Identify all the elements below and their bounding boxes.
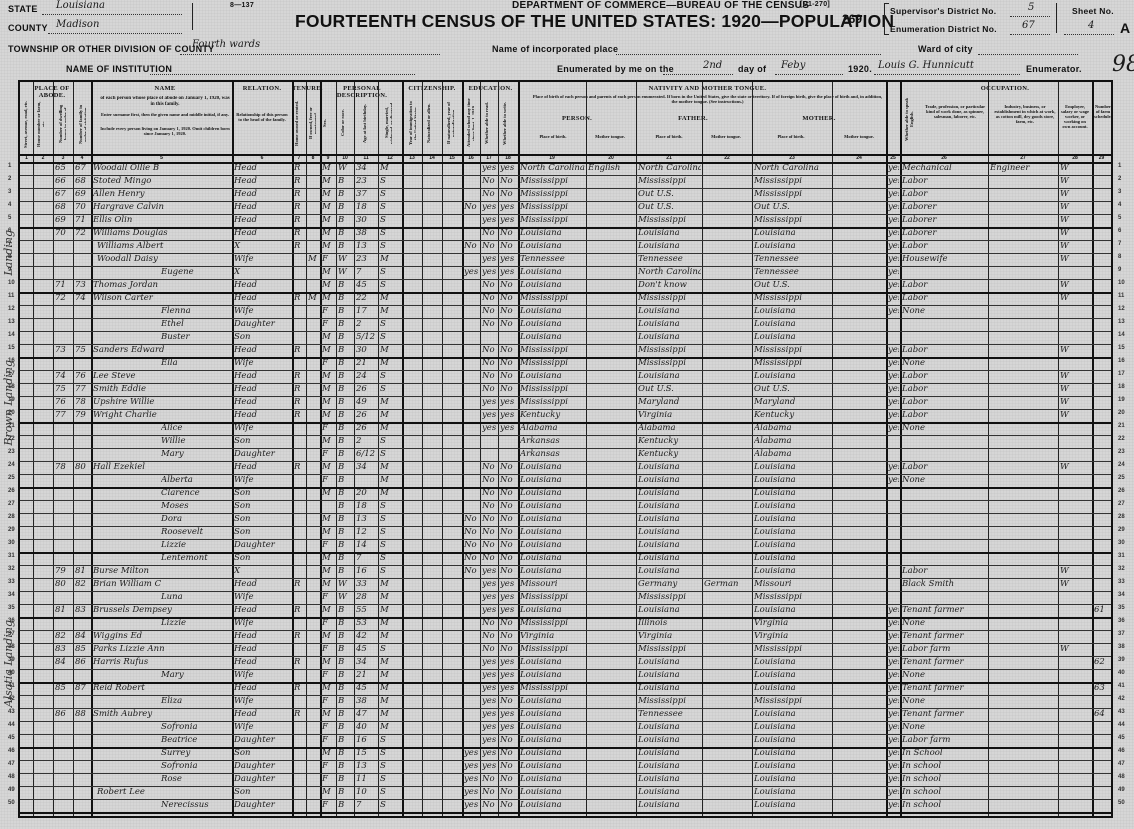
cell-birth: Louisiana	[520, 760, 585, 773]
cell-marital: S	[380, 370, 401, 383]
cell-color: B	[338, 370, 353, 383]
line-number: 32	[1118, 566, 1125, 572]
cell-employer: W	[1060, 214, 1091, 227]
cell-trade: Labor	[902, 279, 987, 292]
cell-age: 12	[356, 526, 377, 539]
sheet-value: 4	[1088, 20, 1094, 31]
cell-family: 83	[75, 604, 90, 617]
cell-employer: W	[1060, 253, 1091, 266]
cell-trade: Labor	[902, 344, 987, 357]
cell-marital: S	[380, 435, 401, 448]
father-mother-tongue-header: Mother tongue.	[702, 134, 750, 139]
cell-mother: Louisiana	[754, 370, 831, 383]
cell-dwelling: 84	[55, 656, 72, 669]
cell-relation: Wife	[234, 474, 291, 487]
cell-father: Kentucky	[638, 435, 701, 448]
cell-age: 16	[356, 734, 377, 747]
cell-father: Louisiana	[638, 461, 701, 474]
cell-name: Allen Henry	[93, 188, 231, 201]
cell-mother: Louisiana	[754, 747, 831, 760]
cell-trade: None	[902, 669, 987, 682]
cell-age: 5/12	[356, 331, 377, 344]
cell-age: 30	[356, 344, 377, 357]
line-number: 8	[1118, 254, 1121, 260]
cell-birth: Mississippi	[520, 175, 585, 188]
supervisor-value: 5	[1028, 2, 1034, 13]
cell-read: No	[482, 305, 497, 318]
cell-write: yes	[500, 721, 517, 734]
cell-birth: Missouri	[520, 578, 585, 591]
cell-sex: M	[322, 578, 335, 591]
cell-father: Louisiana	[638, 721, 701, 734]
cell-color: B	[338, 201, 353, 214]
line-number: 41	[8, 683, 15, 689]
cell-father: Louisiana	[638, 565, 701, 578]
cell-english: yes	[888, 214, 899, 227]
table-row: 7375Sanders EdwardHeadRMB30MNoNoMississi…	[20, 344, 1111, 357]
cell-trade: Housewife	[902, 253, 987, 266]
cell-mother: Mississippi	[754, 591, 831, 604]
cell-relation: Head	[234, 604, 291, 617]
table-row: Woodall DaisyWifeMFW23MyesyesTennesseeTe…	[20, 253, 1111, 266]
cell-relation: Wife	[234, 253, 291, 266]
cell-dwelling: 70	[55, 227, 72, 240]
person-mother-tongue-header: Mother tongue.	[586, 134, 634, 139]
cell-marital: M	[380, 578, 401, 591]
cell-employer: W	[1060, 162, 1091, 175]
line-number: 43	[8, 709, 15, 715]
line-number: 35	[8, 605, 15, 611]
cell-english: yes	[888, 201, 899, 214]
cell-farm: 61	[1094, 604, 1110, 617]
cell-trade: None	[902, 721, 987, 734]
cell-birth: Mississippi	[520, 396, 585, 409]
cell-birth: Louisiana	[520, 669, 585, 682]
cell-dwelling: 66	[55, 175, 72, 188]
line-number: 9	[1118, 267, 1121, 273]
enumerated-day: 2nd	[703, 60, 722, 71]
cell-read: No	[482, 175, 497, 188]
table-row: ElizaWifeFB38MyesNoLouisianaMississippiM…	[20, 695, 1111, 708]
line-number: 44	[1118, 722, 1125, 728]
cell-relation: Daughter	[234, 799, 291, 812]
cell-mother: Louisiana	[754, 669, 831, 682]
line-number: 21	[1118, 423, 1125, 429]
cell-sex: M	[322, 279, 335, 292]
cell-marital: S	[380, 240, 401, 253]
cell-birth: Louisiana	[520, 266, 585, 279]
cell-age: 15	[356, 747, 377, 760]
cell-marital: M	[380, 357, 401, 370]
table-row: BeatriceDaughterFB16SyesNoLouisianaLouis…	[20, 734, 1111, 747]
cell-name: Williams Albert	[97, 240, 235, 253]
cell-color: B	[338, 773, 353, 786]
cell-relation: Head	[234, 214, 291, 227]
cell-write: No	[500, 240, 517, 253]
line-number: 5	[1118, 215, 1121, 221]
line-number: 21	[8, 423, 15, 429]
cell-mother: Mississippi	[754, 292, 831, 305]
state-county-bracket	[188, 3, 193, 30]
enumerator-name: Louis G. Hunnicutt	[878, 60, 974, 71]
cell-write: yes	[500, 266, 517, 279]
enumerator-mark: 98	[1112, 52, 1134, 77]
group-name: NAME	[95, 85, 235, 92]
cell-birth: Louisiana	[520, 513, 585, 526]
line-number: 4	[8, 202, 11, 208]
cell-age: 18	[356, 201, 377, 214]
cell-write: No	[500, 526, 517, 539]
table-row: AliceWifeFB26MyesyesAlabamaAlabamaAlabam…	[20, 422, 1111, 435]
line-number: 34	[8, 592, 15, 598]
school-header: Attended school any time since Sept. 1, …	[466, 98, 474, 148]
cell-employer: W	[1060, 643, 1091, 656]
line-number: 20	[8, 410, 15, 416]
cell-read: yes	[482, 409, 497, 422]
cell-owned: R	[294, 227, 305, 240]
cell-relation: Head	[234, 227, 291, 240]
cell-father: Louisiana	[638, 734, 701, 747]
cell-age: 14	[356, 539, 377, 552]
cell-write: No	[500, 695, 517, 708]
cell-mother: Louisiana	[754, 500, 831, 513]
cell-sex: M	[322, 682, 335, 695]
immigration-year-header: Year of immigration to the United States…	[408, 98, 416, 148]
cell-sex: F	[322, 474, 335, 487]
table-row: 6668Stoted MingoHeadRMB23SNoNoMississipp…	[20, 175, 1111, 188]
table-row: EthelDaughterFB2SNoNoLouisianaLouisianaL…	[20, 318, 1111, 331]
cell-age: 7	[356, 552, 377, 565]
cell-trade: None	[902, 695, 987, 708]
cell-school: No	[464, 552, 479, 565]
cell-marital: M	[380, 409, 401, 422]
cell-sex: F	[322, 643, 335, 656]
township-field: Fourth wards	[180, 44, 440, 55]
cell-age: 11	[356, 773, 377, 786]
cell-marital: S	[380, 513, 401, 526]
cell-employer: W	[1060, 578, 1091, 591]
cell-father: Maryland	[638, 396, 701, 409]
cell-write: yes	[500, 162, 517, 175]
cell-father: Louisiana	[638, 799, 701, 812]
cell-english: yes	[888, 721, 899, 734]
occupation-employer-header: Employer, salary or wage worker, or work…	[1060, 104, 1090, 129]
line-number: 6	[1118, 228, 1121, 234]
group-relation: RELATION.	[232, 85, 292, 92]
cell-relation: Son	[234, 526, 291, 539]
cell-age: 23	[356, 175, 377, 188]
cell-marital: S	[380, 227, 401, 240]
cell-age: 37	[356, 188, 377, 201]
cell-age: 13	[356, 240, 377, 253]
cell-sex: M	[322, 201, 335, 214]
cell-father: Kentucky	[638, 448, 701, 461]
name-instruction-2: Include every person living on January 1…	[100, 126, 230, 136]
group-person: PERSON.	[520, 115, 634, 122]
line-number: 10	[8, 280, 15, 286]
naturalized-header: Naturalized or alien.	[426, 98, 434, 148]
cell-marital: S	[380, 448, 401, 461]
cell-english: yes	[888, 786, 899, 799]
cell-name: Woodall Ollie B	[93, 162, 231, 175]
cell-name: Sanders Edward	[93, 344, 231, 357]
cell-read: yes	[482, 591, 497, 604]
cell-father: Virginia	[638, 630, 701, 643]
cell-write: No	[500, 188, 517, 201]
cell-father: Tennessee	[638, 253, 701, 266]
cell-read: No	[482, 461, 497, 474]
cell-mother: Louisiana	[754, 565, 831, 578]
cell-color: B	[338, 383, 353, 396]
cell-birth: Louisiana	[520, 786, 585, 799]
table-row: 8688Smith AubreyHeadRMB47MyesyesLouisian…	[20, 708, 1111, 721]
cell-father: Louisiana	[638, 552, 701, 565]
cell-dwelling: 71	[55, 279, 72, 292]
line-number: 20	[1118, 410, 1125, 416]
cell-write: No	[500, 734, 517, 747]
line-number: 1	[8, 163, 11, 169]
cell-write: No	[500, 175, 517, 188]
cell-father: Louisiana	[638, 669, 701, 682]
family-header: Number of family in order of visitation.	[78, 100, 86, 148]
cell-relation: Head	[234, 461, 291, 474]
line-number: 22	[1118, 436, 1125, 442]
cell-trade: Labor	[902, 396, 987, 409]
cell-father: Louisiana	[638, 513, 701, 526]
cell-age: 24	[356, 370, 377, 383]
line-number: 16	[1118, 358, 1125, 364]
table-row: 8486Harris RufusHeadRMB34MyesyesLouisian…	[20, 656, 1111, 669]
cell-mother: Mississippi	[754, 175, 831, 188]
cell-age: 30	[356, 214, 377, 227]
cell-dwelling: 67	[55, 188, 72, 201]
cell-trade: Laborer	[902, 227, 987, 240]
cell-dwelling: 69	[55, 214, 72, 227]
table-row: 7173Thomas JordanHeadMB45SNoNoLouisianaD…	[20, 279, 1111, 292]
cell-dwelling: 82	[55, 630, 72, 643]
cell-mother: Louisiana	[754, 331, 831, 344]
line-number: 29	[8, 527, 15, 533]
cell-relation: Son	[234, 747, 291, 760]
cell-relation: Head	[234, 201, 291, 214]
cell-read: No	[482, 513, 497, 526]
cell-color: B	[338, 422, 353, 435]
cell-age: 7	[356, 799, 377, 812]
cell-father: Mississippi	[638, 591, 701, 604]
cell-english: yes	[888, 760, 899, 773]
line-number: 11	[8, 293, 14, 299]
cell-read: No	[482, 292, 497, 305]
cell-marital: S	[380, 565, 401, 578]
cell-dwelling: 80	[55, 578, 72, 591]
cell-color: B	[338, 565, 353, 578]
cell-read: No	[482, 487, 497, 500]
line-number: 26	[8, 488, 15, 494]
line-number: 27	[1118, 501, 1125, 507]
cell-age: 2	[356, 318, 377, 331]
cell-mother: Louisiana	[754, 474, 831, 487]
enumerator-field: Louis G. Hunnicutt	[874, 64, 1020, 75]
cell-english: yes	[888, 773, 899, 786]
county-label: COUNTY	[8, 23, 48, 33]
line-number: 50	[8, 800, 15, 806]
cell-mother: Louisiana	[754, 227, 831, 240]
table-row: Williams AlbertXRMB13SNoNoNoLouisianaLou…	[20, 240, 1111, 253]
cell-read: No	[482, 370, 497, 383]
line-number: 6	[8, 228, 11, 234]
cell-father: Virginia	[638, 409, 701, 422]
cell-name: Upshire Willie	[93, 396, 231, 409]
table-row: AlbertaWifeFBMNoNoLouisianaLouisianaLoui…	[20, 474, 1111, 487]
cell-sex: M	[322, 461, 335, 474]
sheet-letter: A	[1120, 20, 1130, 36]
cell-father_tongue: German	[704, 578, 751, 591]
cell-father: Mississippi	[638, 695, 701, 708]
cell-dwelling: 65	[55, 162, 72, 175]
cell-read: yes	[482, 682, 497, 695]
line-number: 2	[8, 176, 11, 182]
cell-sex: M	[322, 513, 335, 526]
cell-age: 34	[356, 162, 377, 175]
cell-relation: Head	[234, 643, 291, 656]
cell-write: No	[500, 760, 517, 773]
cell-owned: R	[294, 383, 305, 396]
enumerated-year: 1920.	[848, 64, 872, 74]
header-divider	[20, 154, 1111, 156]
cell-english: yes	[888, 357, 899, 370]
cell-mother: Mississippi	[754, 695, 831, 708]
cell-trade: Tenant farmer	[902, 630, 987, 643]
cell-farm: 63	[1094, 682, 1110, 695]
cell-color: B	[338, 331, 353, 344]
occupation-industry-header: Industry, business, or establishment in …	[992, 104, 1058, 124]
cell-sex: M	[322, 331, 335, 344]
cell-marital: S	[380, 643, 401, 656]
cell-sex: F	[322, 357, 335, 370]
line-number: 33	[8, 579, 15, 585]
cell-write: No	[500, 383, 517, 396]
cell-birth: Mississippi	[520, 188, 585, 201]
cell-color: B	[338, 344, 353, 357]
cell-age: 23	[356, 253, 377, 266]
cell-english: yes	[888, 266, 899, 279]
cell-marital: S	[380, 331, 401, 344]
line-number: 23	[1118, 449, 1125, 455]
cell-color: B	[338, 214, 353, 227]
name-description: of each person whose place of abode on J…	[98, 96, 232, 108]
cell-sex: F	[322, 539, 335, 552]
line-number: 38	[1118, 644, 1125, 650]
cell-mother: Louisiana	[754, 604, 831, 617]
cell-age: 33	[356, 578, 377, 591]
cell-read: yes	[482, 669, 497, 682]
cell-birth: Louisiana	[520, 539, 585, 552]
cell-family: 85	[75, 643, 90, 656]
cell-relation: Daughter	[234, 773, 291, 786]
cell-read: yes	[482, 721, 497, 734]
line-number: 18	[1118, 384, 1125, 390]
mother-place-of-birth-header: Place of birth.	[752, 134, 830, 139]
cell-tongue: English	[588, 162, 635, 175]
line-number: 17	[1118, 371, 1125, 377]
cell-school: No	[464, 539, 479, 552]
cell-color: B	[338, 682, 353, 695]
cell-marital: M	[380, 461, 401, 474]
cell-age: 2	[356, 435, 377, 448]
cell-owned: R	[294, 396, 305, 409]
cell-write: yes	[500, 422, 517, 435]
line-number: 25	[1118, 475, 1125, 481]
table-row: SurreySonMB15SyesyesNoLouisianaLouisiana…	[20, 747, 1111, 760]
cell-father: Louisiana	[638, 682, 701, 695]
cell-read: No	[482, 786, 497, 799]
cell-write: yes	[500, 708, 517, 721]
cell-write: No	[500, 799, 517, 812]
census-sheet: STATE Louisiana COUNTY Madison TOWNSHIP …	[0, 0, 1134, 829]
line-number: 18	[8, 384, 15, 390]
cell-school: No	[464, 240, 479, 253]
line-number: 28	[1118, 514, 1125, 520]
supervisor-label: Supervisor's District No.	[890, 6, 996, 16]
line-number: 15	[1118, 345, 1125, 351]
line-number: 16	[8, 358, 15, 364]
cell-birth: Mississippi	[520, 591, 585, 604]
cell-employer: W	[1060, 461, 1091, 474]
cell-industry: Engineer	[990, 162, 1057, 175]
cell-mother: Alabama	[754, 435, 831, 448]
cell-sex: M	[322, 630, 335, 643]
cell-marital: S	[380, 786, 401, 799]
cell-marital: S	[380, 539, 401, 552]
line-number: 5	[8, 215, 11, 221]
cell-mother: Louisiana	[754, 786, 831, 799]
cell-read: No	[482, 500, 497, 513]
cell-relation: Wife	[234, 617, 291, 630]
cell-birth: Mississippi	[520, 617, 585, 630]
enumerated-month: Feby	[781, 60, 805, 71]
line-number: 31	[1118, 553, 1125, 559]
cell-mother: Louisiana	[754, 721, 831, 734]
cell-age: 13	[356, 760, 377, 773]
cell-sex: F	[322, 318, 335, 331]
cell-marital: S	[380, 500, 401, 513]
cell-read: No	[482, 630, 497, 643]
cell-sex: M	[322, 409, 335, 422]
line-number: 19	[8, 397, 15, 403]
cell-relation: Daughter	[234, 760, 291, 773]
table-row: 6870Hargrave CalvinHeadRMB18SNoyesyesMis…	[20, 201, 1111, 214]
line-number: 33	[1118, 579, 1125, 585]
cell-name: Parks Lizzie Ann	[93, 643, 231, 656]
cell-name: Lee Steve	[93, 370, 231, 383]
cell-sex: F	[322, 760, 335, 773]
cell-birth: Virginia	[520, 630, 585, 643]
cell-read: yes	[482, 422, 497, 435]
cell-mother: Louisiana	[754, 240, 831, 253]
cell-family: 79	[75, 409, 90, 422]
cell-owned: R	[294, 656, 305, 669]
cell-school: No	[464, 565, 479, 578]
cell-sex: F	[322, 734, 335, 747]
cell-sex: F	[322, 695, 335, 708]
cell-age: 49	[356, 396, 377, 409]
line-number: 36	[1118, 618, 1125, 624]
cell-color: B	[338, 786, 353, 799]
cell-mother: Kentucky	[754, 409, 831, 422]
cell-name: Wiggins Ed	[93, 630, 231, 643]
cell-english: yes	[888, 799, 899, 812]
cell-relation: Head	[234, 396, 291, 409]
